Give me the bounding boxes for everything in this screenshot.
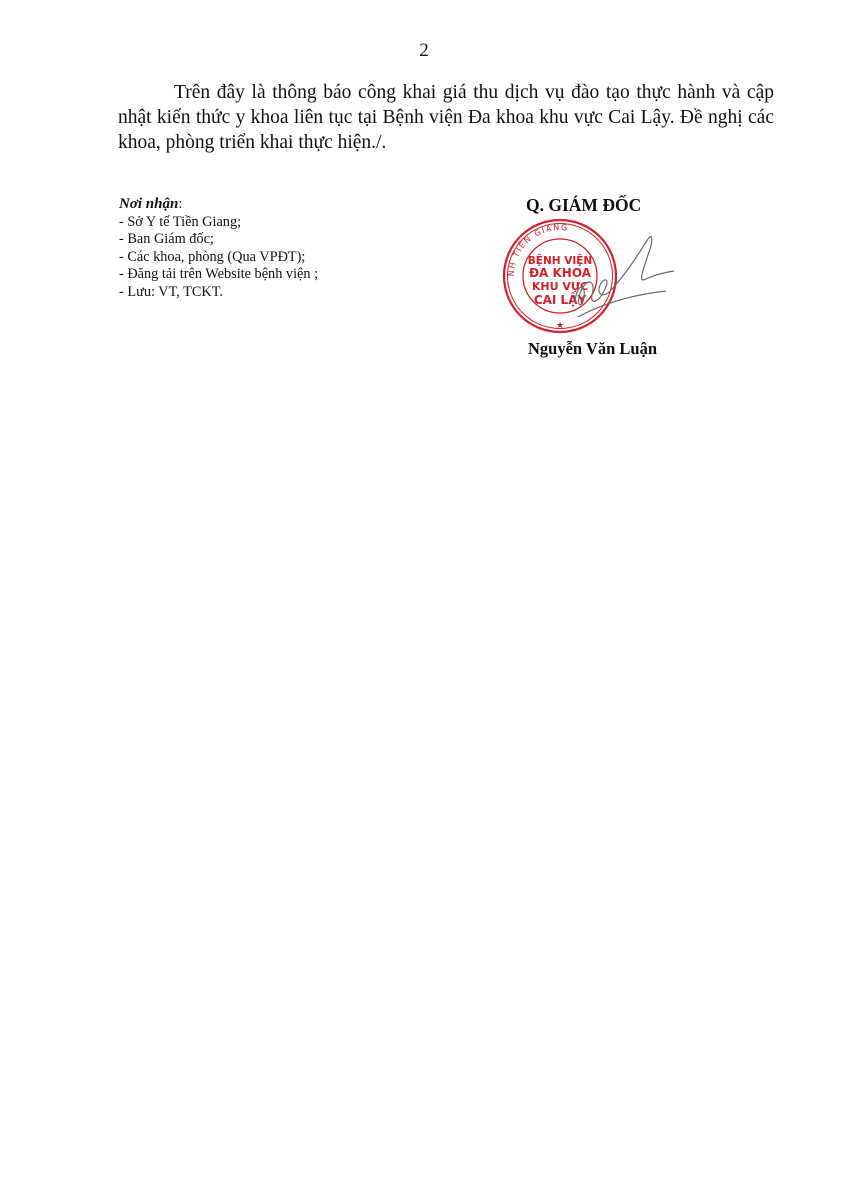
handwritten-signature-icon bbox=[570, 233, 682, 325]
body-paragraph: Trên đây là thông báo công khai giá thu … bbox=[118, 80, 774, 155]
recipient-item: - Đăng tải trên Website bệnh viện ; bbox=[119, 266, 318, 284]
recipients-title-colon: : bbox=[178, 196, 182, 212]
recipient-item: - Các khoa, phòng (Qua VPĐT); bbox=[119, 249, 318, 267]
recipients-block: Nơi nhận: - Sở Y tế Tiền Giang; - Ban Gi… bbox=[119, 196, 318, 301]
recipients-list: - Sở Y tế Tiền Giang; - Ban Giám đốc; - … bbox=[119, 214, 318, 302]
recipients-title: Nơi nhận bbox=[119, 196, 178, 212]
body-text: Trên đây là thông báo công khai giá thu … bbox=[118, 80, 774, 155]
svg-text:★: ★ bbox=[556, 321, 564, 331]
page-number: 2 bbox=[0, 40, 848, 62]
recipients-title-line: Nơi nhận: bbox=[119, 196, 318, 214]
signer-name: Nguyễn Văn Luận bbox=[528, 339, 657, 359]
recipient-item: - Sở Y tế Tiền Giang; bbox=[119, 214, 318, 232]
signature-block: Q. GIÁM ĐỐC BỆNH VIỆN ĐA KHOA KHU VỰC CA… bbox=[500, 195, 680, 365]
recipient-item: - Lưu: VT, TCKT. bbox=[119, 284, 318, 302]
signer-title: Q. GIÁM ĐỐC bbox=[526, 195, 641, 216]
recipient-item: - Ban Giám đốc; bbox=[119, 231, 318, 249]
